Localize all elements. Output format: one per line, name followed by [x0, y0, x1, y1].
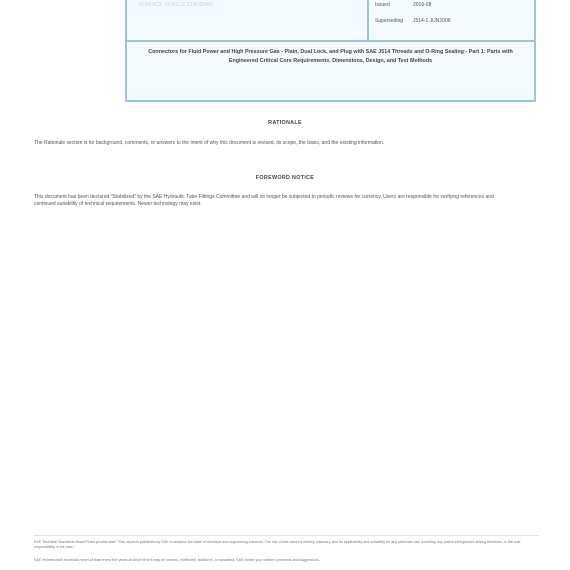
- logo-area: SURFACE VEHICLE STANDARD: [127, 0, 369, 40]
- document-title: Connectors for Fluid Power and High Pres…: [137, 48, 524, 66]
- header-top-row: SURFACE VEHICLE STANDARD Issued 2016-08 …: [127, 0, 534, 42]
- section-body-rationale: The Rationale section is for background,…: [34, 140, 514, 147]
- footer-notice-1: SAE Technical Standards Board Rules prov…: [34, 540, 539, 550]
- document-header-box: SURFACE VEHICLE STANDARD Issued 2016-08 …: [125, 0, 536, 102]
- meta-label: Issued: [375, 2, 413, 8]
- meta-value: J514-1 JUN2006: [413, 18, 451, 24]
- footer-notice-2: SAE reviews each technical report at lea…: [34, 558, 539, 563]
- standard-type-label: SURFACE VEHICLE STANDARD: [139, 2, 214, 8]
- footer-divider: [34, 535, 539, 536]
- section-heading-foreword: FOREWORD NOTICE: [0, 175, 570, 181]
- section-heading-rationale: RATIONALE: [0, 120, 570, 126]
- meta-value: 2016-08: [413, 2, 431, 8]
- document-meta: Issued 2016-08 Superseding J514-1 JUN200…: [375, 0, 530, 28]
- meta-label: Superseding: [375, 18, 413, 24]
- meta-row-superseding: Superseding J514-1 JUN2006: [375, 14, 530, 28]
- meta-row-issued: Issued 2016-08: [375, 0, 530, 12]
- section-body-foreword: This document has been declared "Stabili…: [34, 194, 514, 208]
